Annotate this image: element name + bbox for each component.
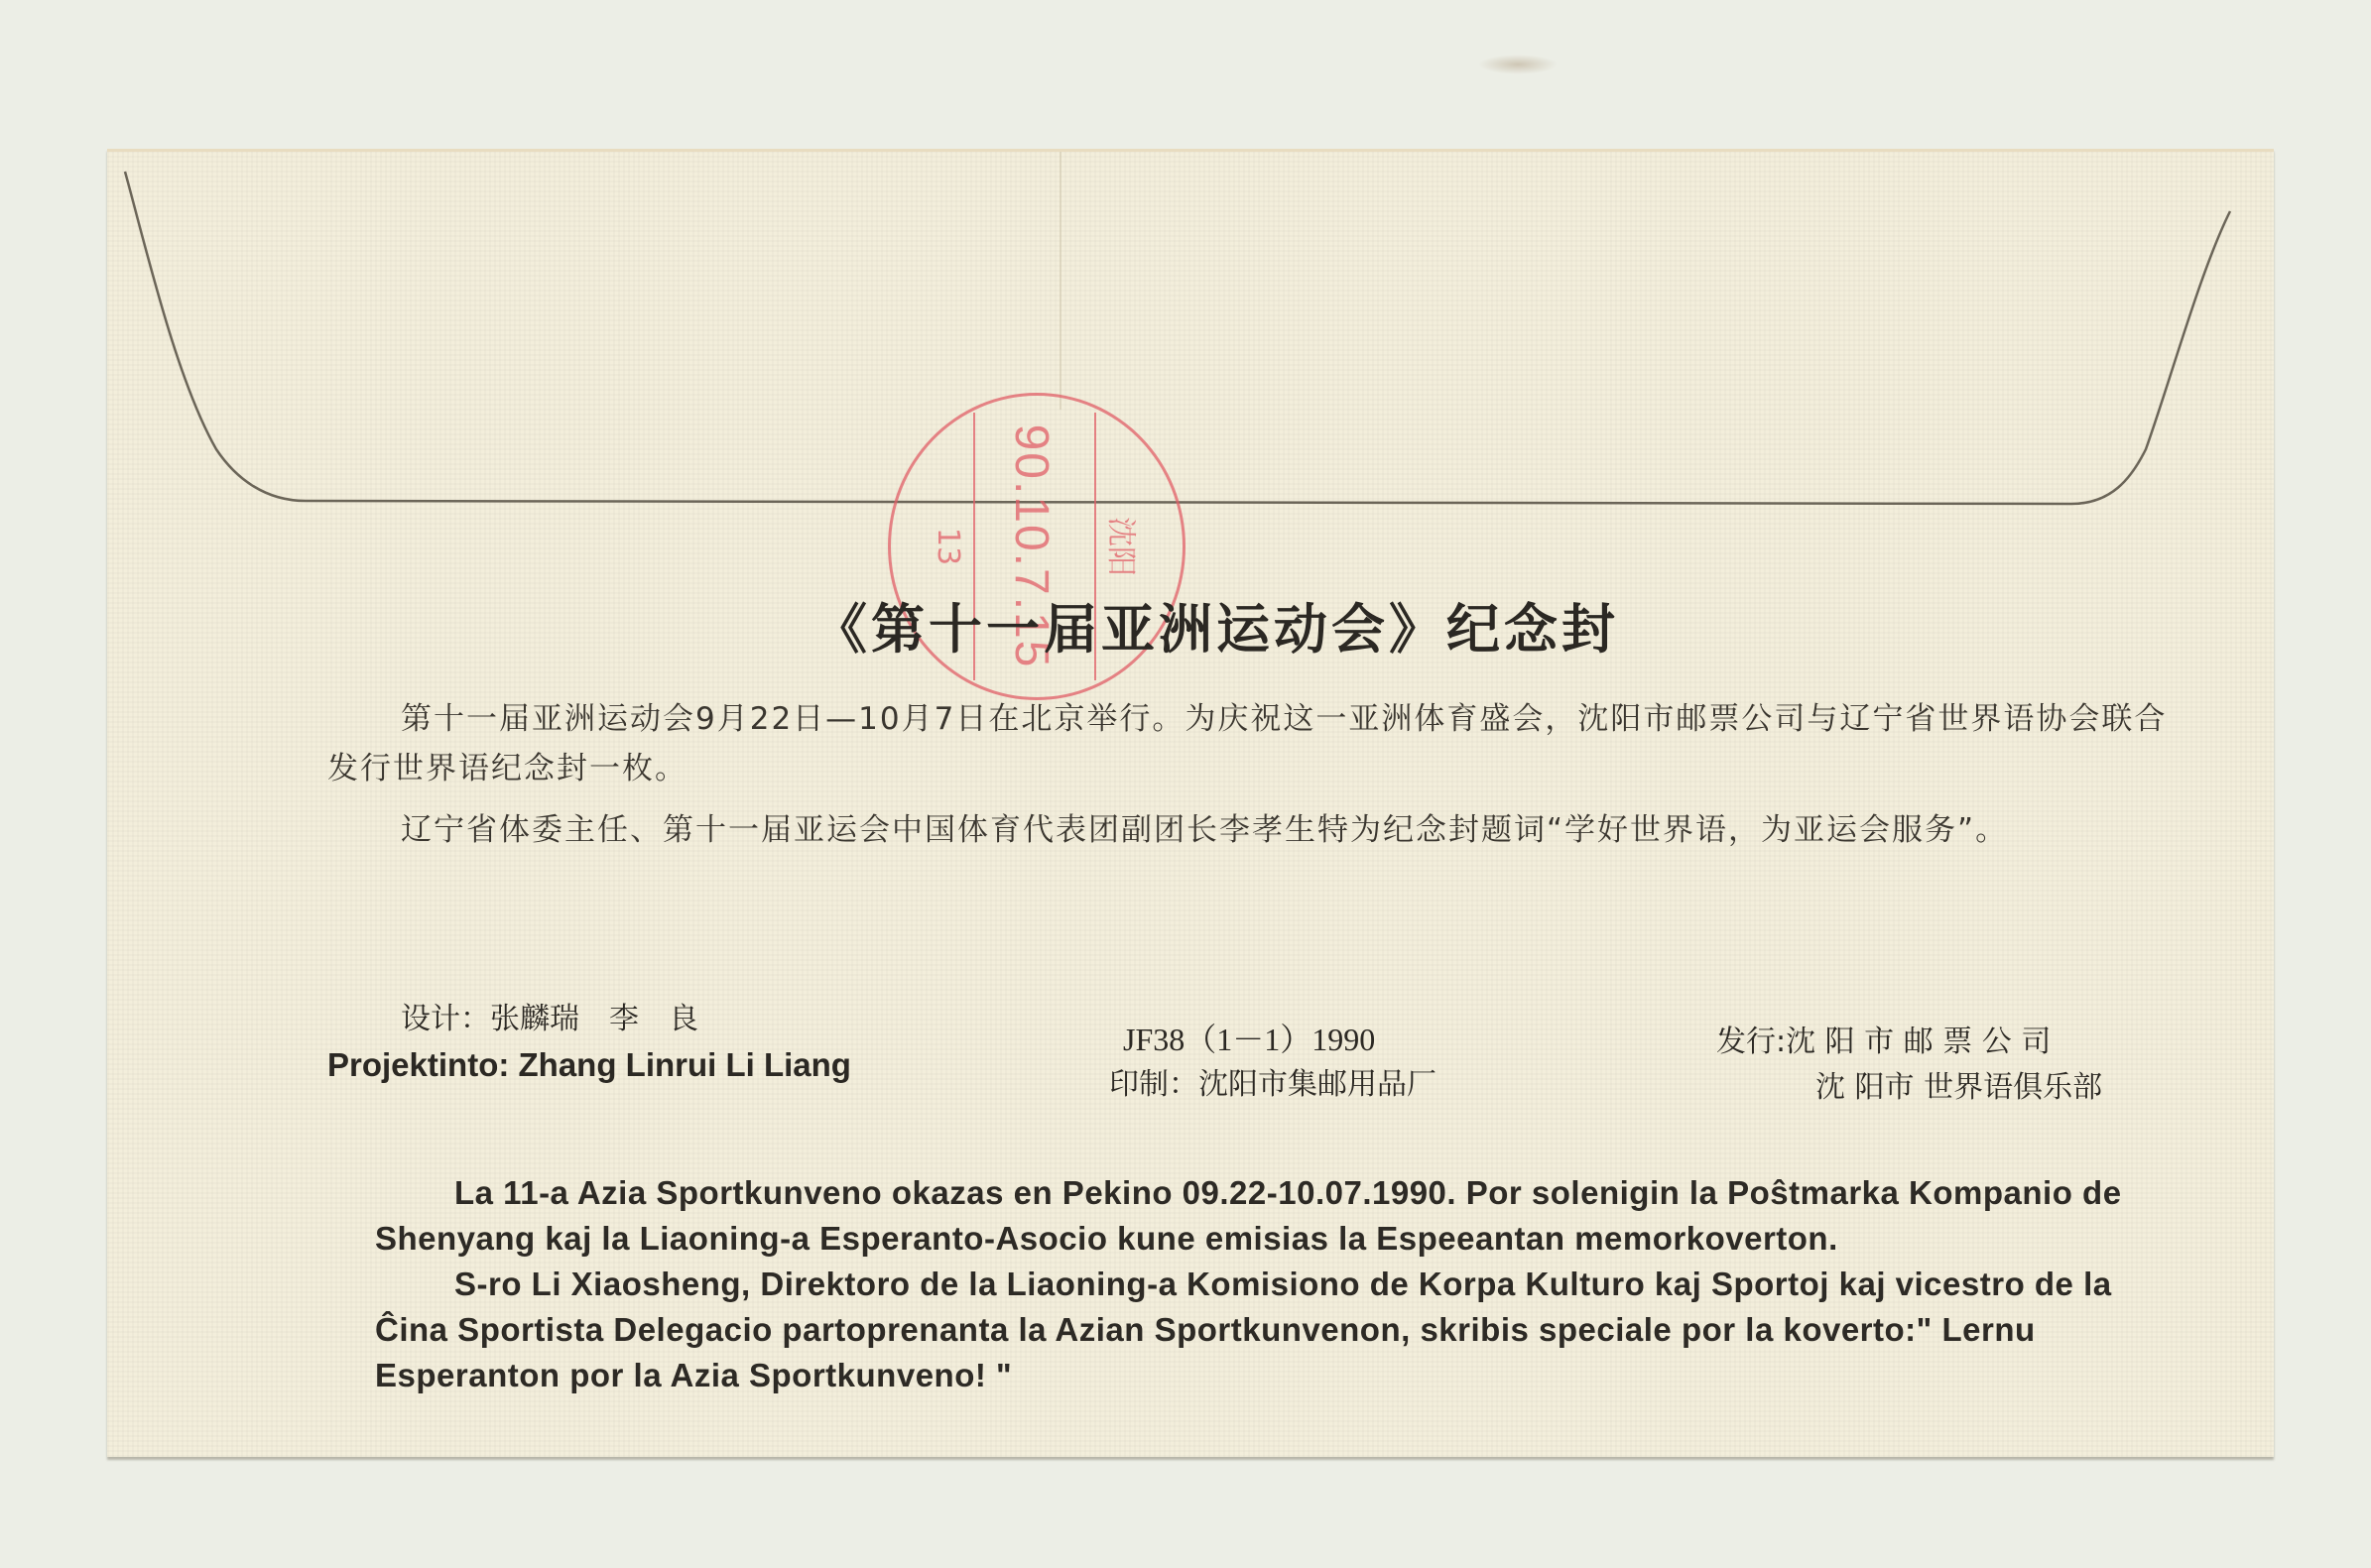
issuer-2: 沈 阳市 世界语俱乐部 (1716, 1065, 2102, 1111)
design-credits: 设计：张麟瑞 李 良 Projektinto: Zhang Linrui Li … (327, 997, 851, 1088)
designers-en: Projektinto: Zhang Linrui Li Liang (327, 1042, 851, 1088)
issuer-label: 发行: (1716, 1025, 1786, 1059)
chinese-paragraph-2-text: 辽宁省体委主任、第十一届亚运会中国体育代表团副团长李孝生特为纪念封题词“学好世界… (401, 812, 2008, 848)
print-credits: JF38（1－1）1990 印制：沈阳市集邮用品厂 (1109, 1017, 1436, 1108)
chinese-paragraph-1: 第十一届亚洲运动会9月22日—10月7日在北京举行。为庆祝这一亚洲体育盛会，沈阳… (327, 694, 2173, 793)
scan-smudge (1478, 55, 1558, 74)
esperanto-paragraph-2: S-ro Li Xiaosheng, Direktoro de la Liaon… (375, 1262, 2181, 1398)
printer-label: 印制： (1109, 1067, 1198, 1102)
designers-cn: 张麟瑞 李 良 (490, 1002, 698, 1036)
design-label: 设计： (401, 1002, 490, 1036)
cover-title: 《第十一届亚洲运动会》纪念封 (813, 587, 1619, 663)
esperanto-text: La 11-a Azia Sportkunveno okazas en Peki… (375, 1170, 2181, 1398)
esperanto-paragraph-1: La 11-a Azia Sportkunveno okazas en Peki… (375, 1170, 2181, 1262)
issuer-1: 沈 阳 市 邮 票 公 司 (1786, 1025, 2051, 1059)
chinese-paragraph-2: 辽宁省体委主任、第十一届亚运会中国体育代表团副团长李孝生特为纪念封题词“学好世界… (327, 805, 2173, 855)
flap-outline (107, 152, 2274, 529)
cover-code: JF38（1－1）1990 (1109, 1017, 1436, 1062)
chinese-paragraph-1-text: 第十一届亚洲运动会9月22日—10月7日在北京举行。为庆祝这一亚洲体育盛会，沈阳… (327, 701, 2167, 786)
paper-crease (1060, 152, 1061, 410)
issuer-credits: 发行:沈 阳 市 邮 票 公 司 沈 阳市 世界语俱乐部 (1716, 1020, 2102, 1111)
printer-name: 沈阳市集邮用品厂 (1198, 1067, 1436, 1102)
